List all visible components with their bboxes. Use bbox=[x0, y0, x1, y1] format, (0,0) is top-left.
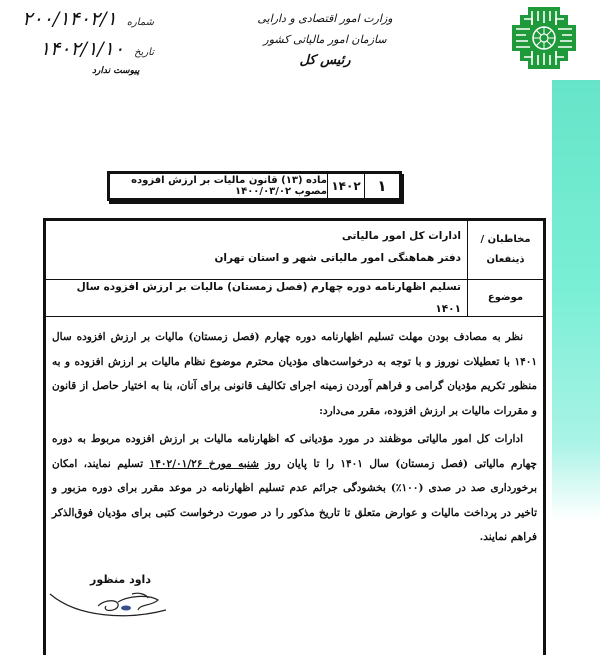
recipients-label-line-2: ذینفعان bbox=[486, 250, 524, 270]
attachment-label: پیوست ندارد bbox=[92, 66, 139, 76]
deadline-date: شنبه مورخ ۱۴۰۲/۰۱/۲۶ bbox=[150, 458, 259, 470]
ministry-line-2: سازمان امور مالیاتی کشور bbox=[240, 29, 410, 50]
ministry-line-1: وزارت امور اقتصادی و دارایی bbox=[240, 8, 410, 29]
date-value: ۱۴۰۲/۱/۱۰ bbox=[40, 38, 124, 60]
recipients-value: ادارات کل امور مالیاتی دفتر هماهنگی امور… bbox=[46, 221, 467, 279]
subject-label: موضوع bbox=[467, 280, 543, 316]
paragraph-2-end: تسلیم نمایند، امکان برخورداری صد در صدی … bbox=[52, 458, 537, 544]
subject-row: موضوع تسلیم اظهارنامه دوره چهارم (فصل زم… bbox=[46, 280, 543, 317]
ministry-line-3: رئیس کل bbox=[240, 50, 410, 71]
reference-number: ۱ bbox=[364, 174, 399, 198]
recipient-2: دفتر هماهنگی امور مالیاتی شهر و استان ته… bbox=[52, 247, 461, 269]
date-label: تاریخ bbox=[134, 47, 154, 58]
reference-box: ۱ ۱۴۰۲ ماده (۱۳) قانون مالیات بر ارزش اف… bbox=[107, 171, 402, 201]
tax-organization-logo-icon bbox=[512, 5, 576, 71]
signer-name: داود منظور bbox=[90, 573, 151, 586]
reference-title: ماده (۱۳) قانون مالیات بر ارزش افزوده مص… bbox=[110, 174, 327, 198]
paragraph-2: ادارات کل امور مالیاتی موظفند در مورد مؤ… bbox=[52, 427, 537, 550]
signature-icon bbox=[48, 588, 168, 628]
recipients-label: مخاطبان / ذینفعان bbox=[467, 221, 543, 279]
letter-meta: شماره ۲۰۰/۱۴۰۲/۱ تاریخ ۱۴۰۲/۱/۱۰ پیوست ن… bbox=[4, 8, 154, 88]
letter-text: نظر به مصادف بودن مهلت تسلیم اظهارنامه د… bbox=[46, 317, 543, 550]
number-value: ۲۰۰/۱۴۰۲/۱ bbox=[22, 8, 116, 30]
recipients-label-line-1: مخاطبان / bbox=[480, 230, 530, 250]
recipient-1: ادارات کل امور مالیاتی bbox=[52, 225, 461, 247]
subject-value: تسلیم اظهارنامه دوره چهارم (فصل زمستان) … bbox=[46, 280, 467, 316]
reference-year: ۱۴۰۲ bbox=[327, 174, 364, 198]
paragraph-1: نظر به مصادف بودن مهلت تسلیم اظهارنامه د… bbox=[52, 325, 537, 423]
ministry-header: وزارت امور اقتصادی و دارایی سازمان امور … bbox=[240, 8, 410, 71]
number-row: شماره ۲۰۰/۱۴۰۲/۱ bbox=[22, 8, 154, 30]
recipients-row: مخاطبان / ذینفعان ادارات کل امور مالیاتی… bbox=[46, 221, 543, 280]
date-row: تاریخ ۱۴۰۲/۱/۱۰ bbox=[40, 38, 154, 60]
number-label: شماره bbox=[127, 17, 154, 28]
